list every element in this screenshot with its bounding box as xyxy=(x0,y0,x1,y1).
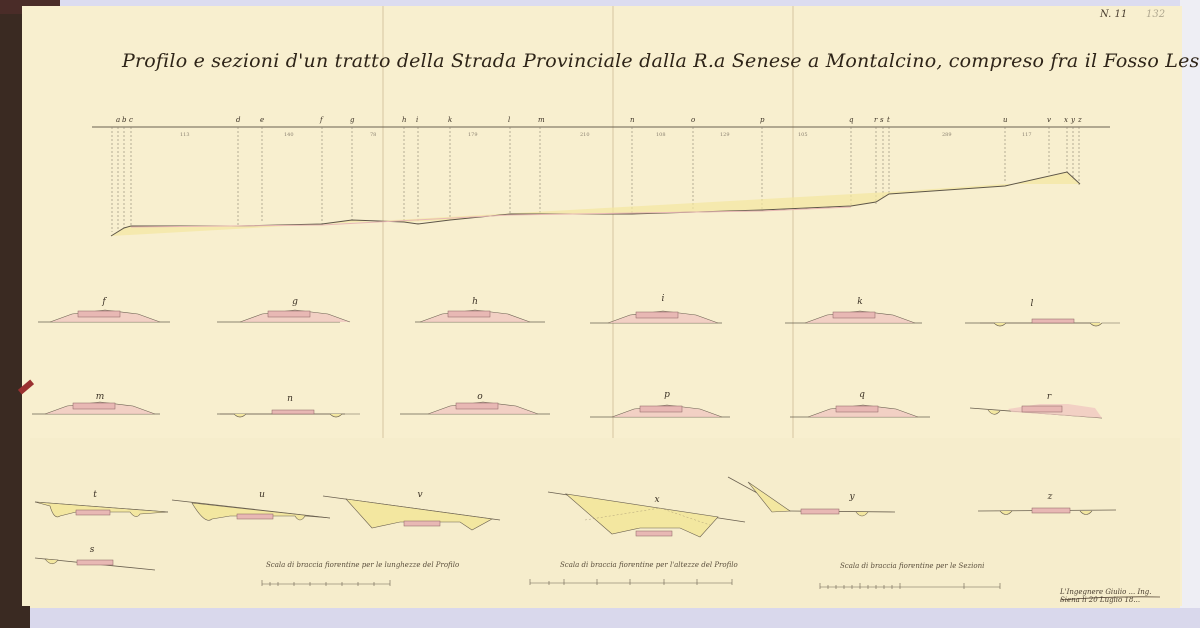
engineer-signature: L'Ingegnere Giulio ... Ing. Siena li 20 … xyxy=(1060,588,1151,604)
cross-sections xyxy=(0,0,1200,628)
scale-caption-heights: Scala di braccia fiorentine per l'altezz… xyxy=(560,561,738,569)
section-label: z xyxy=(1048,492,1053,502)
section-label: q xyxy=(859,390,865,400)
section-label: t xyxy=(93,490,97,500)
section-label: x xyxy=(654,495,659,505)
signature-line-1: L'Ingegnere Giulio ... Ing. xyxy=(1060,588,1151,596)
section-label: s xyxy=(90,545,95,555)
section-label: l xyxy=(1031,299,1034,309)
section-label: r xyxy=(1047,392,1051,402)
section-label: o xyxy=(477,392,482,402)
signature-line-2: Siena li 20 Luglio 18... xyxy=(1060,596,1151,604)
section-label: y xyxy=(849,492,854,502)
section-label: v xyxy=(417,490,422,500)
section-label: i xyxy=(662,294,665,304)
scale-caption-lengths: Scala di braccia fiorentine per le lungh… xyxy=(266,561,459,569)
section-label: h xyxy=(472,297,478,307)
section-label: u xyxy=(259,490,265,500)
section-label: g xyxy=(292,297,298,307)
section-label: n xyxy=(287,394,293,404)
scale-caption-sections: Scala di braccia fiorentine per le Sezio… xyxy=(840,562,984,570)
section-label: k xyxy=(857,297,862,307)
section-label: m xyxy=(96,392,105,402)
section-label: f xyxy=(102,297,105,307)
section-label: p xyxy=(664,390,670,400)
